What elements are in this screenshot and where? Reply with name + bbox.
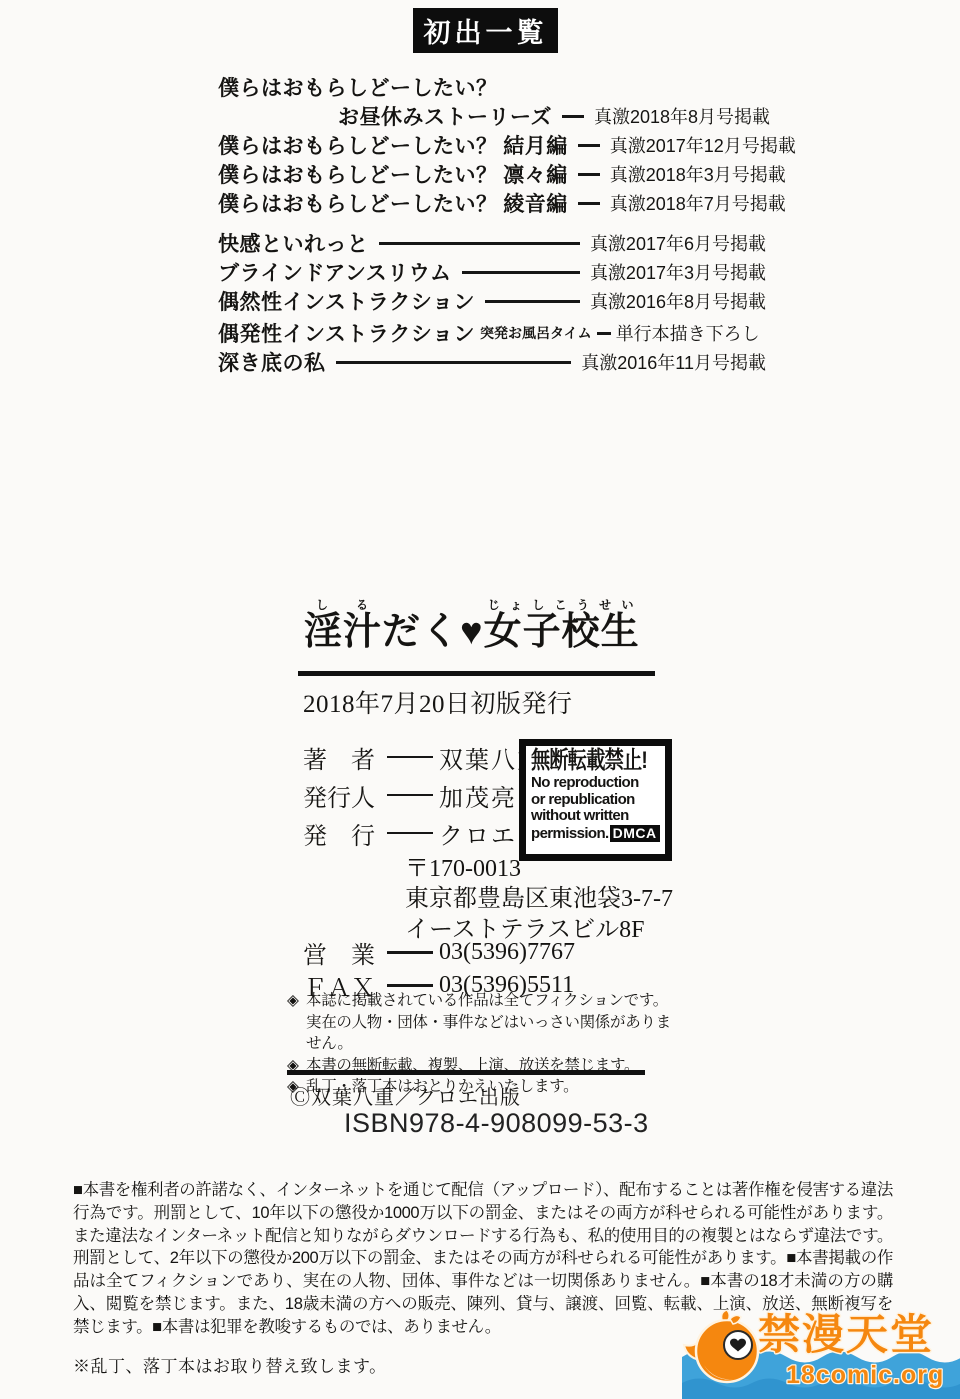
replacement-note: ※乱丁、落丁本はお取り替え致します。: [73, 1352, 387, 1377]
work-title: 偶然性インストラクション: [218, 286, 475, 316]
work-subtitle: お昼休みストーリーズ: [338, 101, 552, 131]
list-item: 僕らはおもらしどーしたい？ 凛々編 真激2018年3月号掲載: [218, 159, 766, 188]
no-reproduction-stamp: 無断転載禁止! No reproduction or republication…: [519, 739, 672, 861]
publication-source: 真激2017年3月号掲載: [590, 259, 766, 285]
book-title-mid: だく♥: [382, 611, 484, 653]
note-text: 本誌に掲載されている作品は全てフィクションです。実在の人物・団体・事件などはいっ…: [306, 992, 671, 1052]
work-title: 僕らはおもらしどーしたい？ 綾音編: [218, 188, 568, 218]
watermark-site-name: 禁漫天堂: [758, 1311, 934, 1358]
leader-line: [578, 173, 600, 176]
publication-source: 真激2017年12月号掲載: [610, 132, 796, 158]
book-title: 淫汁しるだく♥女子校生じょしこうせい: [304, 598, 640, 655]
leader-line: [387, 832, 433, 835]
contact-value: 03(5396)7767: [439, 939, 575, 966]
list-item: 偶然性インストラクション 真激2016年8月号掲載: [218, 286, 766, 315]
leader-line: [336, 361, 572, 364]
leader-line: [578, 202, 600, 205]
no-reproduction-en2: or republication: [531, 792, 661, 809]
leader-line: [578, 144, 600, 147]
diamond-bullet-icon: ◈: [287, 990, 299, 1012]
divider-above-copyright: [287, 1070, 645, 1075]
site-watermark: 禁漫天堂 18comic.org: [682, 1299, 960, 1399]
publication-source: 真激2016年8月号掲載: [590, 288, 766, 314]
book-title-furigana1: しる: [304, 598, 382, 612]
work-title: 快感といれっと: [218, 228, 369, 258]
watermark-site-url: 18comic.org: [786, 1361, 944, 1389]
leader-line: [562, 115, 584, 118]
colophon-page: { "header": { "badge": "初出一覧" }, "first_…: [0, 0, 960, 1399]
no-reproduction-jp: 無断転載禁止!: [531, 747, 635, 775]
list-item: お昼休みストーリーズ 真激2018年8月号掲載: [218, 101, 766, 130]
leader-line: [597, 332, 611, 335]
divider-under-title: [298, 671, 655, 676]
leader-line: [387, 951, 433, 954]
work-title: 偶発性インストラクション: [218, 318, 475, 348]
copyright-line: Ⓒ双葉八重／クロエ出版: [290, 1081, 521, 1110]
leader-line: [387, 984, 433, 987]
list-item: ブラインドアンスリウム 真激2017年3月号掲載: [218, 257, 766, 286]
no-reproduction-en4: permission.DMCA: [531, 825, 661, 843]
work-subtitle: 突発お風呂タイム: [480, 323, 592, 343]
leader-line: [387, 794, 433, 797]
credit-value: 加茂亮: [439, 778, 517, 813]
work-title: ブラインドアンスリウム: [218, 257, 452, 287]
publication-source: 真激2016年11月号掲載: [581, 349, 766, 375]
book-title-base1: 淫汁: [304, 611, 382, 653]
isbn-number: ISBN978-4-908099-53-3: [344, 1108, 649, 1139]
work-title: 深き底の私: [218, 347, 326, 377]
publication-source: 真激2018年3月号掲載: [610, 161, 786, 187]
list-item: 偶発性インストラクション 突発お風呂タイム 単行本描き下ろし: [218, 318, 766, 347]
leader-line: [387, 756, 433, 759]
contact-row: 営 業 03(5396)7767: [303, 936, 575, 969]
book-title-furigana2: じょしこうせい: [484, 598, 640, 612]
list-item: 僕らはおもらしどーしたい？ 綾音編 真激2018年7月号掲載: [218, 188, 766, 217]
publication-source: 真激2018年8月号掲載: [594, 103, 770, 129]
leader-line: [462, 271, 580, 274]
book-title-ruby1: 淫汁しる: [304, 611, 382, 653]
publication-source: 真激2018年7月号掲載: [610, 190, 786, 216]
list-item: 僕らはおもらしどーしたい？: [218, 72, 766, 101]
publication-source: 真激2017年6月号掲載: [590, 230, 766, 256]
list-item: 快感といれっと 真激2017年6月号掲載: [218, 228, 766, 257]
credit-label: 著 者: [303, 740, 385, 775]
first-publication-list: 僕らはおもらしどーしたい？ お昼休みストーリーズ 真激2018年8月号掲載 僕ら…: [218, 72, 766, 376]
list-item: 深き底の私 真激2016年11月号掲載: [218, 347, 766, 376]
contact-label: 営 業: [303, 935, 385, 970]
address-line1: 東京都豊島区東池袋3-7-7: [405, 878, 673, 913]
permission-text: permission.: [531, 825, 609, 842]
no-reproduction-en1: No reproduction: [531, 775, 661, 792]
first-publication-header-badge: 初出一覧: [413, 8, 558, 53]
book-title-ruby2: 女子校生じょしこうせい: [484, 611, 640, 653]
first-publication-header-label: 初出一覧: [424, 11, 548, 50]
watermark-graphic: 禁漫天堂 18comic.org: [682, 1299, 960, 1399]
credit-label: 発 行: [303, 816, 385, 851]
book-title-base2: 女子校生: [484, 611, 640, 653]
edition-date: 2018年7月20日初版発行: [303, 684, 573, 720]
list-item: 僕らはおもらしどーしたい？ 結月編 真激2017年12月号掲載: [218, 130, 766, 159]
leader-line: [485, 300, 580, 303]
dmca-badge: DMCA: [610, 825, 660, 843]
work-title: 僕らはおもらしどーしたい？ 結月編: [218, 130, 568, 160]
leader-line: [379, 242, 580, 245]
note-item: ◈ 本誌に掲載されている作品は全てフィクションです。実在の人物・団体・事件などは…: [287, 990, 679, 1055]
publication-source: 単行本描き下ろし: [616, 320, 760, 346]
work-title: 僕らはおもらしどーしたい？: [218, 72, 498, 102]
no-reproduction-en3: without written: [531, 808, 661, 825]
work-title: 僕らはおもらしどーしたい？ 凛々編: [218, 159, 568, 189]
credit-label: 発行人: [303, 778, 385, 813]
